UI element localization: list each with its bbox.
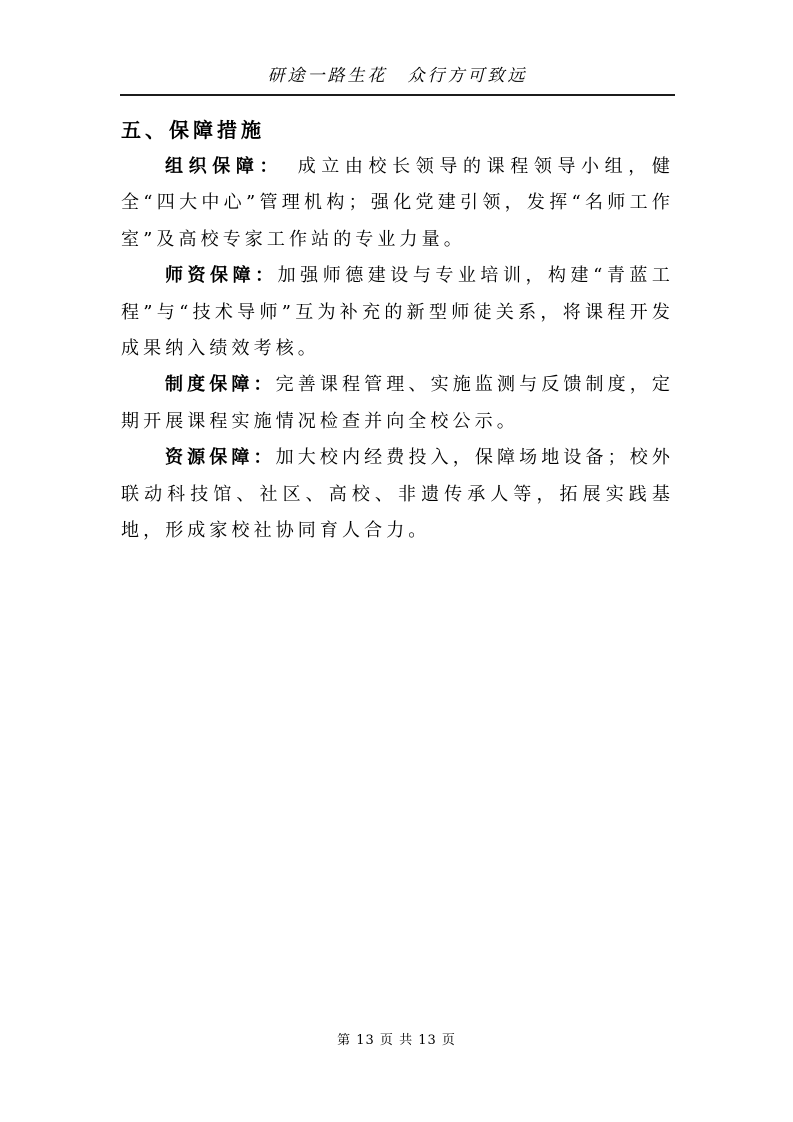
paragraph-teachers: 师资保障：加强师德建设与专业培训，构建“青蓝工程”与“技术导师”互为补充的新型师… bbox=[121, 258, 674, 367]
paragraph-organization: 组织保障： 成立由校长领导的课程领导小组，健全“四大中心”管理机构；强化党建引领… bbox=[121, 149, 674, 258]
page-footer: 第 13 页 共 13 页 bbox=[0, 1031, 793, 1051]
paragraph-resources: 资源保障：加大校内经费投入，保障场地设备；校外联动科技馆、社区、高校、非遗传承人… bbox=[121, 440, 674, 549]
section-heading: 五、保障措施 bbox=[121, 112, 674, 149]
header-motto: 研途一路生花 众行方可致远 bbox=[120, 64, 675, 88]
document-body: 五、保障措施 组织保障： 成立由校长领导的课程领导小组，健全“四大中心”管理机构… bbox=[121, 112, 674, 549]
document-page: 研途一路生花 众行方可致远 五、保障措施 组织保障： 成立由校长领导的课程领导小… bbox=[0, 0, 793, 1122]
paragraph-label: 组织保障： bbox=[165, 156, 274, 177]
paragraph-label: 师资保障： bbox=[165, 265, 278, 286]
paragraph-label: 资源保障： bbox=[165, 447, 276, 468]
paragraph-label: 制度保障： bbox=[165, 374, 276, 395]
paragraph-system: 制度保障：完善课程管理、实施监测与反馈制度，定期开展课程实施情况检查并向全校公示… bbox=[121, 367, 674, 440]
page-number: 第 13 页 共 13 页 bbox=[337, 1033, 456, 1048]
page-header: 研途一路生花 众行方可致远 bbox=[120, 64, 675, 96]
